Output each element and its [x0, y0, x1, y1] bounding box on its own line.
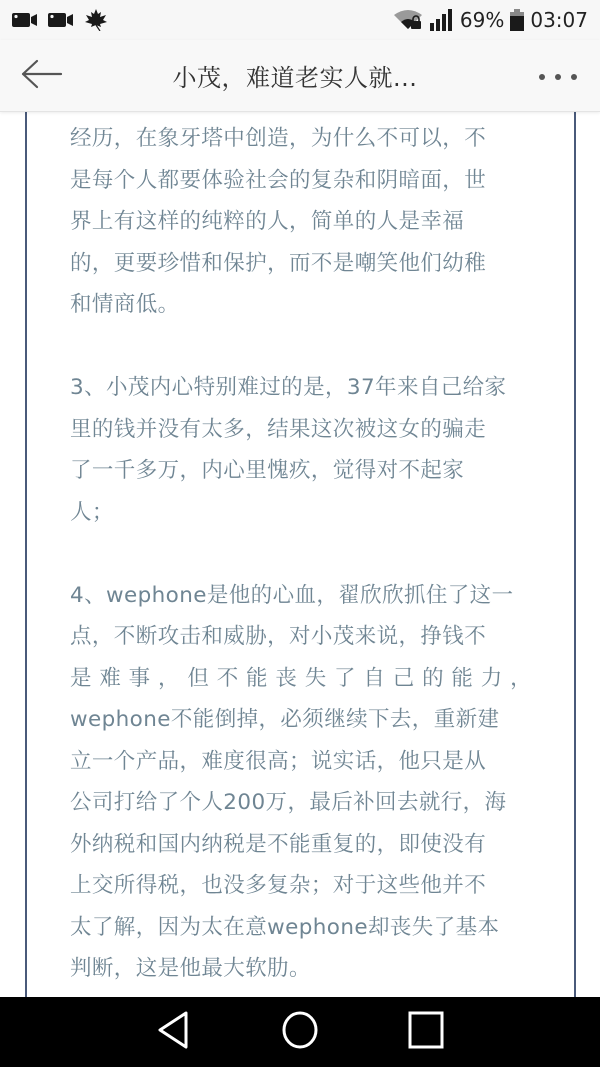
article-paragraph: 3、小茂内心特别难过的是，37年来自己给家 里的钱并没有太多，结果这次被这女的骗…	[70, 367, 532, 533]
nav-home-icon	[281, 1011, 319, 1053]
text-line: 立一个产品，难度很高；说实话，他只是从	[70, 741, 532, 783]
back-button[interactable]	[0, 40, 84, 112]
status-right-icons: 69% 03:07	[394, 8, 588, 32]
text-line: 4、wephone是他的心血，翟欣欣抓住了这一	[70, 575, 532, 617]
page-title: 小茂，难道老实人就...	[84, 58, 516, 93]
status-bar: 69% 03:07	[0, 0, 600, 40]
text-line: 公司打给了个人200万，最后补回去就行，海	[70, 782, 532, 824]
text-line: 和情商低。	[70, 284, 532, 326]
more-options-button[interactable]	[516, 40, 600, 112]
text-line: 是难事，但不能丧失了自己的能力，	[70, 658, 532, 700]
battery-percent: 69%	[460, 8, 504, 32]
battery-icon	[510, 9, 524, 31]
nav-back-icon	[157, 1011, 189, 1053]
video-camera-icon	[48, 12, 74, 28]
maple-leaf-icon	[84, 9, 108, 31]
text-line: 经历，在象牙塔中创造，为什么不可以，不	[70, 118, 532, 160]
nav-recents-button[interactable]	[397, 1002, 457, 1062]
text-line: 是每个人都要体验社会的复杂和阴暗面，世	[70, 160, 532, 202]
text-line: 界上有这样的纯粹的人，简单的人是幸福	[70, 201, 532, 243]
article-scroll-area[interactable]: 经历，在象牙塔中创造，为什么不可以，不 是每个人都要体验社会的复杂和阴暗面，世 …	[0, 112, 600, 997]
text-line: 3、小茂内心特别难过的是，37年来自己给家	[70, 367, 532, 409]
arrow-left-icon	[21, 59, 63, 93]
nav-recents-icon	[408, 1011, 446, 1053]
more-horizontal-icon	[538, 66, 578, 85]
text-line: 判断，这是他最大软肋。	[70, 948, 532, 990]
status-left-icons	[12, 9, 108, 31]
video-camera-icon	[12, 12, 38, 28]
text-line: wephone不能倒掉，必须继续下去，重新建	[70, 699, 532, 741]
article-paragraph: 经历，在象牙塔中创造，为什么不可以，不 是每个人都要体验社会的复杂和阴暗面，世 …	[70, 118, 532, 326]
app-bar: 小茂，难道老实人就...	[0, 40, 600, 112]
wifi-lock-icon	[394, 9, 424, 31]
signal-icon	[430, 9, 454, 31]
clock: 03:07	[530, 8, 588, 32]
text-line: 了一千多万，内心里愧疚，觉得对不起家	[70, 450, 532, 492]
text-line: 太了解，因为太在意wephone却丧失了基本	[70, 907, 532, 949]
article-body: 经历，在象牙塔中创造，为什么不可以，不 是每个人都要体验社会的复杂和阴暗面，世 …	[70, 118, 532, 997]
nav-back-button[interactable]	[143, 1002, 203, 1062]
text-line: 的，更要珍惜和保护，而不是嘲笑他们幼稚	[70, 243, 532, 285]
text-line: 外纳税和国内纳税是不能重复的，即使没有	[70, 824, 532, 866]
nav-home-button[interactable]	[270, 1002, 330, 1062]
article-paragraph: 4、wephone是他的心血，翟欣欣抓住了这一 点，不断攻击和威胁，对小茂来说，…	[70, 575, 532, 990]
system-nav-bar	[0, 997, 600, 1067]
text-line: 人；	[70, 492, 532, 534]
text-line: 里的钱并没有太多，结果这次被这女的骗走	[70, 409, 532, 451]
text-line: 点，不断攻击和威胁，对小茂来说，挣钱不	[70, 616, 532, 658]
text-line: 上交所得税，也没多复杂；对于这些他并不	[70, 865, 532, 907]
